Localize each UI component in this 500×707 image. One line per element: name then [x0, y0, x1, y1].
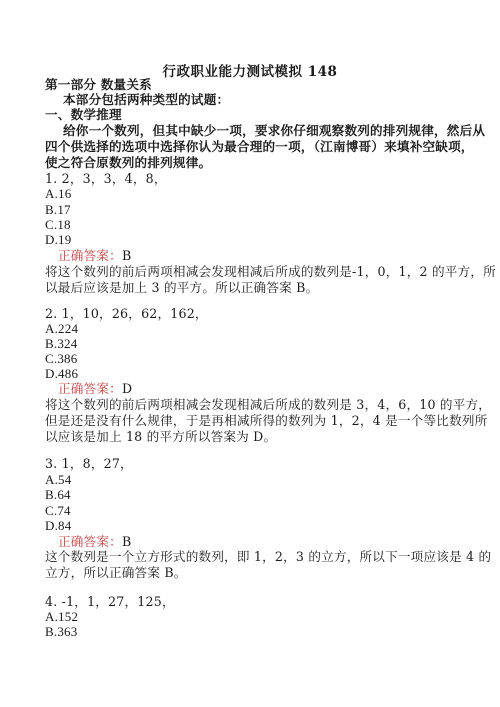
instruction-line: 使之符合原数列的排列规律。	[45, 155, 211, 170]
correct-answer: 正确答案：B	[58, 534, 131, 549]
answer-label: 正确答案：	[58, 381, 122, 396]
answer-value: B	[122, 534, 131, 549]
correct-answer: 正确答案：D	[58, 381, 132, 396]
answer-value: B	[122, 248, 131, 263]
option-d: D.19	[45, 232, 71, 247]
option-b: B.324	[45, 336, 77, 351]
option-a: A.54	[45, 472, 71, 487]
explanation-line: 立方，所以正确答案 B。	[45, 565, 187, 580]
explanation-line: 以最后应该是加上 3 的平方。所以正确答案 B。	[45, 280, 318, 295]
option-b: B.64	[45, 487, 71, 502]
question-stem: 4. -1，1，27，125，	[45, 594, 175, 609]
explanation-line: 以应该是加上 18 的平方所以答案为 D。	[45, 429, 276, 444]
explanation-line: 但是还是没有什么规律，于是再相减所得的数列为 1，2，4 是一个等比数列所	[45, 413, 487, 428]
instruction-line: 给你一个数列，但其中缺少一项，要求你仔细观察数列的排列规律，然后从	[63, 123, 485, 138]
option-c: C.18	[45, 217, 71, 232]
option-c: C.386	[45, 351, 77, 366]
option-d: D.486	[45, 366, 78, 381]
explanation-line: 将这个数列的前后两项相减会发现相减后所成的数列是-1，0，1，2 的平方，所	[45, 264, 496, 279]
answer-label: 正确答案：	[58, 534, 122, 549]
section-heading: 一、数学推理	[45, 107, 122, 122]
option-d: D.84	[45, 518, 71, 533]
question-stem: 1. 2，3，3，4，8，	[45, 171, 167, 186]
option-a: A.16	[45, 186, 71, 201]
part-intro: 本部分包括两种类型的试题：	[63, 92, 229, 107]
option-a: A.224	[45, 321, 78, 336]
question-stem: 2. 1，10，26，62，162，	[45, 306, 208, 321]
option-c: C.74	[45, 503, 71, 518]
instruction-line: 四个供选择的选项中选择你认为最合理的一项，（江南博哥）来填补空缺项，	[45, 139, 474, 154]
option-a: A.152	[45, 609, 78, 624]
explanation-line: 将这个数列的前后两项相减会发现相减后所成的数列是 3，4，6，10 的平方，	[45, 397, 491, 412]
option-b: B.363	[45, 624, 77, 639]
document-page: 行政职业能力测试模拟 148 第一部分 数量关系 本部分包括两种类型的试题： 一…	[0, 0, 500, 707]
answer-label: 正确答案：	[58, 248, 122, 263]
option-b: B.17	[45, 202, 71, 217]
explanation-line: 这个数列是一个立方形式的数列，即 1，2，3 的立方，所以下一项应该是 4 的	[45, 549, 491, 564]
part-heading: 第一部分 数量关系	[45, 77, 152, 92]
answer-value: D	[122, 381, 132, 396]
question-stem: 3. 1，8，27，	[45, 456, 133, 471]
correct-answer: 正确答案：B	[58, 248, 131, 263]
